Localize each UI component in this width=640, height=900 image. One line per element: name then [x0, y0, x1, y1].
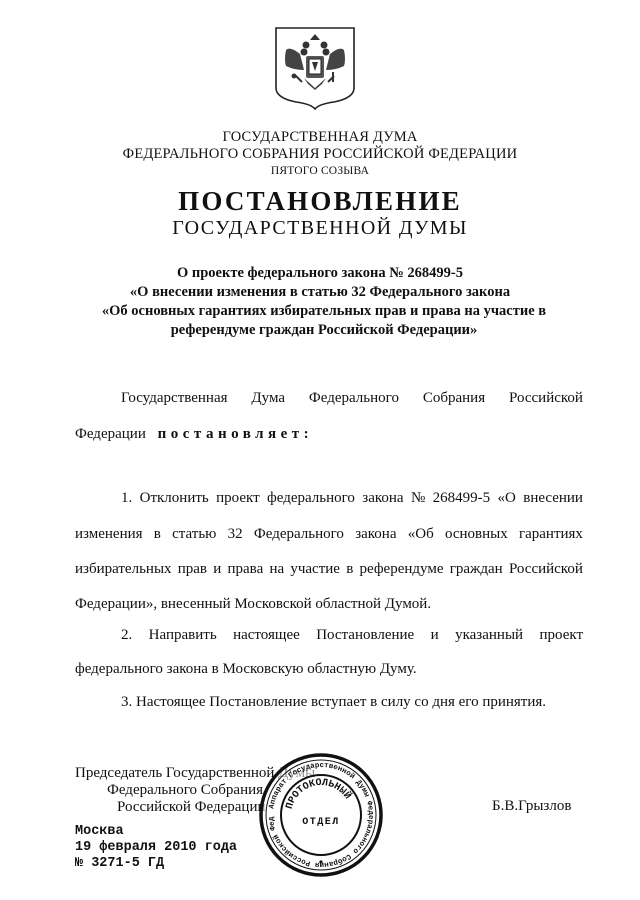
document-number: № 3271-5 ГД	[75, 856, 164, 872]
word: в	[346, 561, 353, 577]
resolves-keyword: постановляет:	[158, 426, 314, 442]
word: указанный	[455, 627, 523, 643]
word: закона	[362, 490, 403, 506]
word: участие	[290, 561, 340, 577]
word: права	[228, 561, 264, 577]
word: настоящее	[233, 627, 300, 643]
word: Государственная	[121, 390, 228, 406]
word: Собрания	[423, 390, 485, 406]
document-type-title: ПОСТАНОВЛЕНИЕ	[0, 186, 640, 216]
word: на	[269, 561, 284, 577]
word: закона	[355, 526, 396, 542]
word: 2.	[121, 627, 132, 643]
word: избирательных	[75, 561, 172, 577]
official-stamp: Аппарат Государственной Думы Федеральног…	[258, 752, 384, 878]
word: проект	[216, 490, 260, 506]
word: Направить	[149, 627, 217, 643]
word: Федерального	[309, 390, 399, 406]
word: статью	[172, 526, 216, 542]
word: внесении	[523, 490, 583, 506]
word: 1.	[121, 490, 132, 506]
word: проект	[539, 627, 583, 643]
item-1-line-4: Федерации», внесенный Московской областн…	[75, 596, 583, 612]
preamble-line-2: Федерации постановляет:	[75, 426, 583, 442]
item-1-line-3: избирательных прав и права на участие в …	[75, 561, 583, 577]
word: Российской	[509, 390, 583, 406]
subject-line-3: «Об основных гарантиях избирательных пра…	[0, 302, 640, 321]
word: изменения	[75, 526, 143, 542]
signatory-name: Б.В.Грызлов	[492, 797, 571, 816]
word: «О	[498, 490, 516, 506]
item-3-line-1: 3. Настоящее Постановление вступает в си…	[75, 694, 583, 710]
item-2-line-2: федерального закона в Московскую областн…	[75, 661, 583, 677]
subject-line-2: «О внесении изменения в статью 32 Федера…	[0, 283, 640, 302]
word: Российской	[509, 561, 583, 577]
coat-of-arms-icon	[274, 26, 356, 110]
subject-line-4: референдуме граждан Российской Федерации…	[0, 321, 640, 340]
issuer-parent: ФЕДЕРАЛЬНОГО СОБРАНИЯ РОССИЙСКОЙ ФЕДЕРАЦ…	[0, 145, 640, 163]
word: гарантиях	[519, 526, 583, 542]
word: и	[213, 561, 221, 577]
word: и	[431, 627, 439, 643]
item-1-line-2: изменения в статью 32 Федерального закон…	[75, 526, 583, 542]
word: в	[154, 526, 161, 542]
signatory-title-line-3: Российской Федерации	[117, 798, 266, 817]
svg-text:ОТДЕЛ: ОТДЕЛ	[302, 817, 340, 828]
place-of-issue: Москва	[75, 824, 124, 840]
issue-date: 19 февраля 2010 года	[75, 840, 237, 856]
word: 268499-5	[433, 490, 491, 506]
preamble-subject: Федерации	[75, 426, 146, 442]
issuer-name: ГОСУДАРСТВЕННАЯ ДУМА	[0, 128, 640, 146]
word: Дума	[251, 390, 285, 406]
word: граждан	[450, 561, 503, 577]
word: основных	[445, 526, 508, 542]
word: Федерального	[254, 526, 344, 542]
item-2-line-1: 2. Направить настоящее Постановление и у…	[75, 627, 583, 643]
word: №	[411, 490, 425, 506]
word: «Об	[408, 526, 434, 542]
word: 32	[228, 526, 243, 542]
word: федерального	[267, 490, 355, 506]
word: референдуме	[360, 561, 444, 577]
word: прав	[178, 561, 207, 577]
word: Постановление	[316, 627, 414, 643]
stamp-seal-icon: Аппарат Государственной Думы Федеральног…	[258, 752, 384, 878]
subject-line-1: О проекте федерального закона № 268499-5	[0, 264, 640, 283]
word: Отклонить	[140, 490, 209, 506]
document-subtitle: ГОСУДАРСТВЕННОЙ ДУМЫ	[0, 216, 640, 240]
preamble-line-1: Государственная Дума Федерального Собран…	[75, 390, 583, 406]
convocation: ПЯТОГО СОЗЫВА	[0, 162, 640, 180]
item-1-line-1: 1. Отклонить проект федерального закона …	[75, 490, 583, 506]
